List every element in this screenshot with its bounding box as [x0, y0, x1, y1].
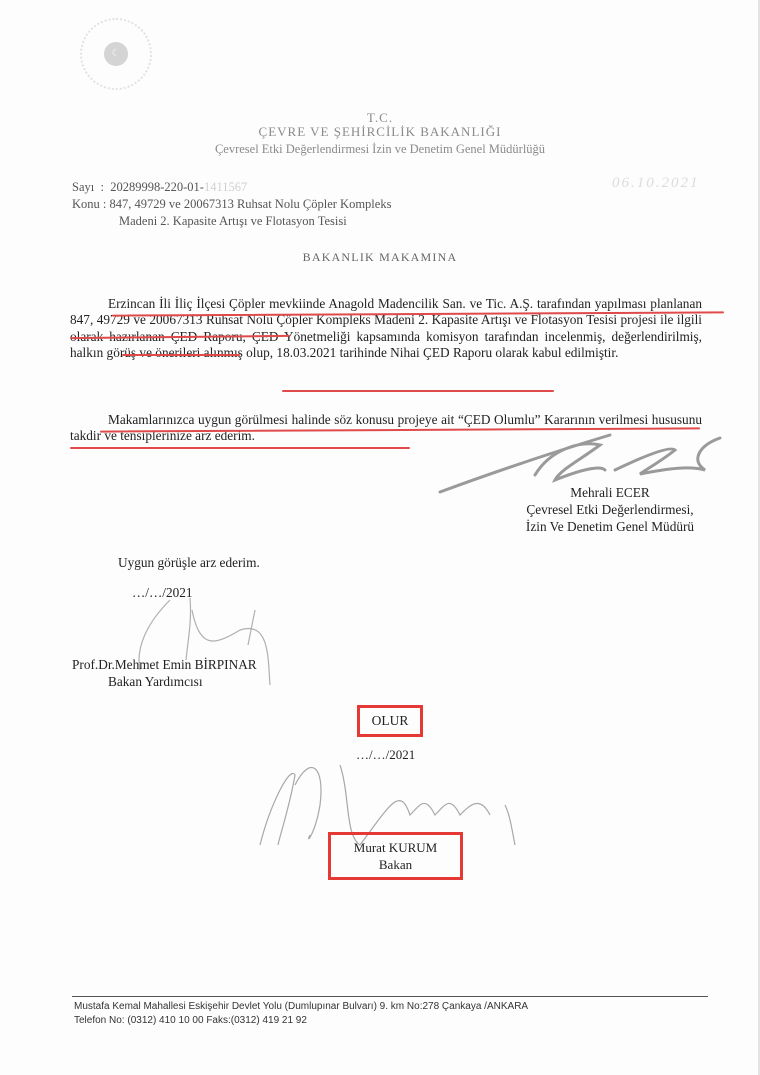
document-page: ☾ T.C. ÇEVRE VE ŞEHİRCİLİK BAKANLIĞI Çev… — [0, 0, 760, 1075]
underline-mark — [122, 354, 240, 356]
sayi-label: Sayı — [72, 180, 94, 194]
signatory-general-manager: Mehrali ECER Çevresel Etki Değerlendirme… — [480, 484, 740, 535]
minister-title: Bakan — [331, 856, 460, 873]
sayi-handwritten: 1411567 — [204, 180, 247, 194]
footer-address: Mustafa Kemal Mahallesi Eskişehir Devlet… — [74, 1001, 528, 1012]
signatory-name: Mehrali ECER — [480, 484, 740, 501]
sayi-value: 20289998-220-01- — [110, 180, 204, 194]
paragraph-1-text: Erzincan İli İliç İlçesi Çöpler mevkiind… — [70, 296, 702, 360]
konu-line1: 847, 49729 ve 20067313 Ruhsat Nolu Çöple… — [110, 197, 392, 211]
olur-highlight: OLUR — [357, 705, 423, 737]
approval-text: Uygun görüşle arz ederim. — [118, 555, 260, 571]
signatory-title-2: İzin Ve Denetim Genel Müdürü — [480, 518, 740, 535]
underline-mark — [70, 447, 410, 449]
signatory-title-1: Çevresel Etki Değerlendirmesi, — [480, 501, 740, 518]
addressee: BAKANLIK MAKAMINA — [0, 250, 760, 265]
footer-phone: Telefon No: (0312) 410 10 00 Faks:(0312)… — [74, 1015, 307, 1026]
letterhead-ministry: ÇEVRE VE ŞEHİRCİLİK BAKANLIĞI — [0, 124, 760, 140]
minister-name: Murat KURUM — [331, 839, 460, 856]
deputy-minister-title: Bakan Yardımcısı — [108, 674, 203, 690]
deputy-minister-name: Prof.Dr.Mehmet Emin BİRPINAR — [72, 657, 257, 673]
letterhead-directorate: Çevresel Etki Değerlendirmesi İzin ve De… — [0, 142, 760, 157]
konu-label: Konu — [72, 197, 100, 211]
konu-line: Konu : 847, 49729 ve 20067313 Ruhsat Nol… — [72, 197, 391, 212]
konu-line2: Madeni 2. Kapasite Artışı ve Flotasyon T… — [119, 214, 347, 229]
underline-mark — [282, 390, 554, 392]
sayi-line: Sayı : 20289998-220-01-1411567 — [72, 180, 247, 195]
paragraph-1: Erzincan İli İliç İlçesi Çöpler mevkiind… — [70, 296, 702, 362]
state-seal-icon: ☾ — [80, 18, 152, 90]
handwritten-date: 06.10.2021 — [612, 175, 700, 192]
footer-divider — [72, 996, 708, 997]
minister-highlight: Murat KURUM Bakan — [328, 832, 463, 880]
